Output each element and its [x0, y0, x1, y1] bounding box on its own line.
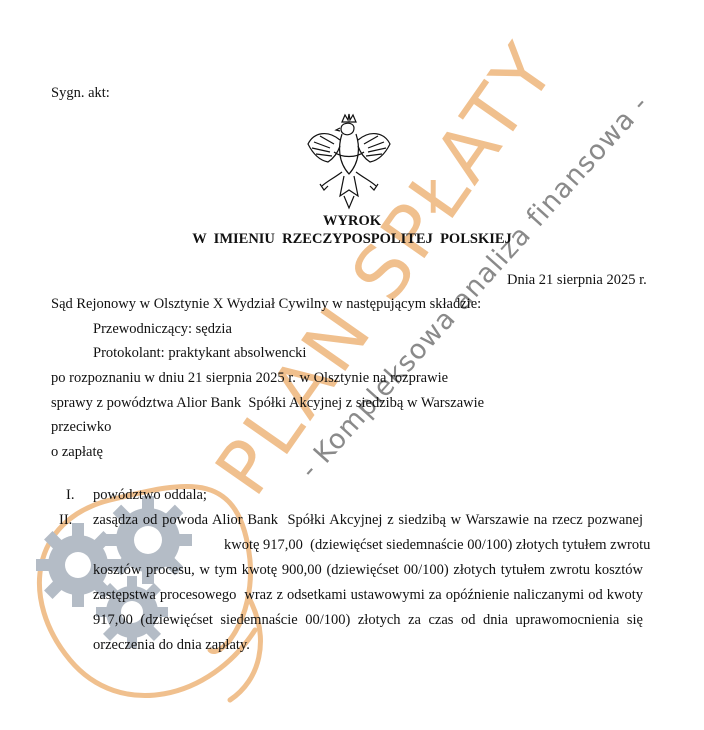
signature-label: Sygn. akt: — [51, 84, 110, 102]
presiding-judge: Przewodniczący: sędzia — [93, 320, 232, 338]
verdict-item-text: zasądza od powoda Alior Bank Spółki Akcy… — [93, 511, 643, 529]
document-page: PLAN SPŁATY - Kompleksowa analiza finans… — [0, 0, 704, 730]
polish-eagle-emblem — [304, 112, 394, 212]
verdict-item-text: orzeczenia do dnia zapłaty. — [93, 636, 250, 654]
case-subject: o zapłatę — [51, 443, 103, 461]
verdict-title: WYROK — [252, 212, 452, 230]
hearing-line: po rozpoznaniu w dniu 21 sierpnia 2025 r… — [51, 369, 448, 387]
verdict-item-text: kwotę 917,00 (dziewięćset siedemnaście 0… — [224, 536, 643, 554]
court-line: Sąd Rejonowy w Olsztynie X Wydział Cywil… — [51, 295, 481, 313]
verdict-item-text: powództwo oddala; — [93, 486, 207, 504]
verdict-subtitle: W IMIENIU RZECZYPOSPOLITEJ POLSKIEJ — [172, 230, 532, 248]
verdict-item-numeral: I. — [66, 486, 74, 504]
verdict-date: Dnia 21 sierpnia 2025 r. — [507, 271, 647, 289]
verdict-item-text: kosztów procesu, w tym kwotę 900,00 (dzi… — [93, 561, 643, 579]
court-clerk: Protokolant: praktykant absolwencki — [93, 344, 306, 362]
against-label: przeciwko — [51, 418, 111, 436]
watermark-main-text: PLAN SPŁATY — [199, 27, 573, 510]
verdict-item-text: zastępstwa procesowego wraz z odsetkami … — [93, 586, 643, 604]
case-line: sprawy z powództwa Alior Bank Spółki Akc… — [51, 394, 484, 412]
verdict-item-numeral: II. — [59, 511, 72, 529]
verdict-item-text: 917,00 (dziewięćset siedemnaście 00/100)… — [93, 611, 643, 629]
